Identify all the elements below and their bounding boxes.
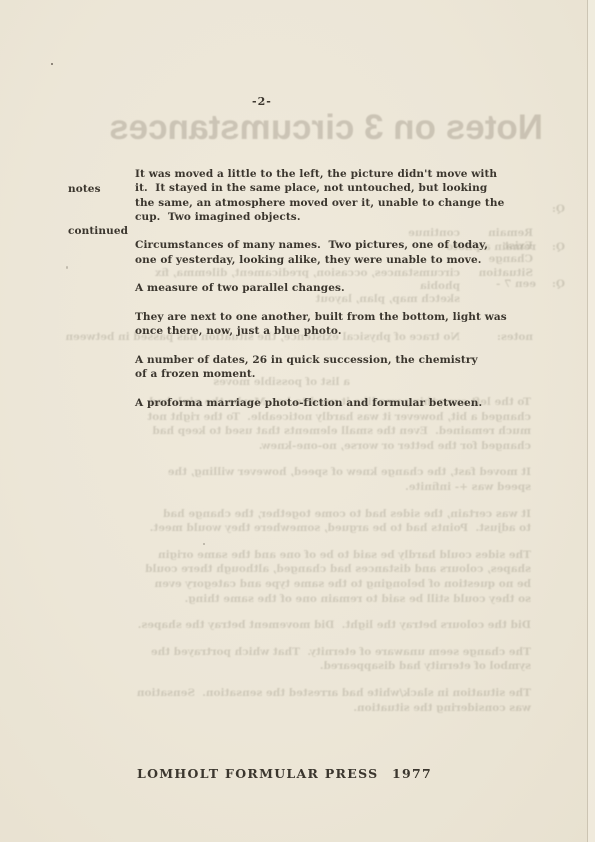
- margin-note: notes continued: [68, 153, 128, 267]
- typed-paragraph: It was moved a little to the left, the p…: [135, 167, 507, 224]
- typed-content-layer: -2- notes continued It was moved a littl…: [0, 0, 595, 842]
- typed-paragraph: A number of dates, 26 in quick successio…: [135, 353, 507, 382]
- typed-paragraph: A measure of two parallel changes.: [135, 281, 507, 295]
- paper-speck: [203, 543, 205, 545]
- scan-edge-strip: [588, 0, 595, 842]
- margin-note-line-notes: notes: [68, 182, 128, 196]
- footer-press-name: LOMHOLT FORMULAR PRESS: [137, 766, 378, 781]
- margin-note-line-continued: continued: [68, 224, 128, 238]
- paper-speck: [66, 266, 68, 269]
- footer-year: 1977: [392, 766, 432, 781]
- page-number: -2-: [252, 95, 272, 108]
- typed-paragraph: They are next to one another, built from…: [135, 310, 507, 339]
- scanned-document-page: Notes on 3 circumstances Q: Q:remain a p…: [0, 0, 595, 842]
- typed-paragraph: A proforma marriage photo-fiction and fo…: [135, 396, 507, 410]
- scan-edge-line: [587, 0, 588, 842]
- paper-speck: [51, 63, 53, 65]
- typed-body: It was moved a little to the left, the p…: [135, 167, 507, 424]
- typed-paragraph: Circumstances of many names. Two picture…: [135, 238, 507, 267]
